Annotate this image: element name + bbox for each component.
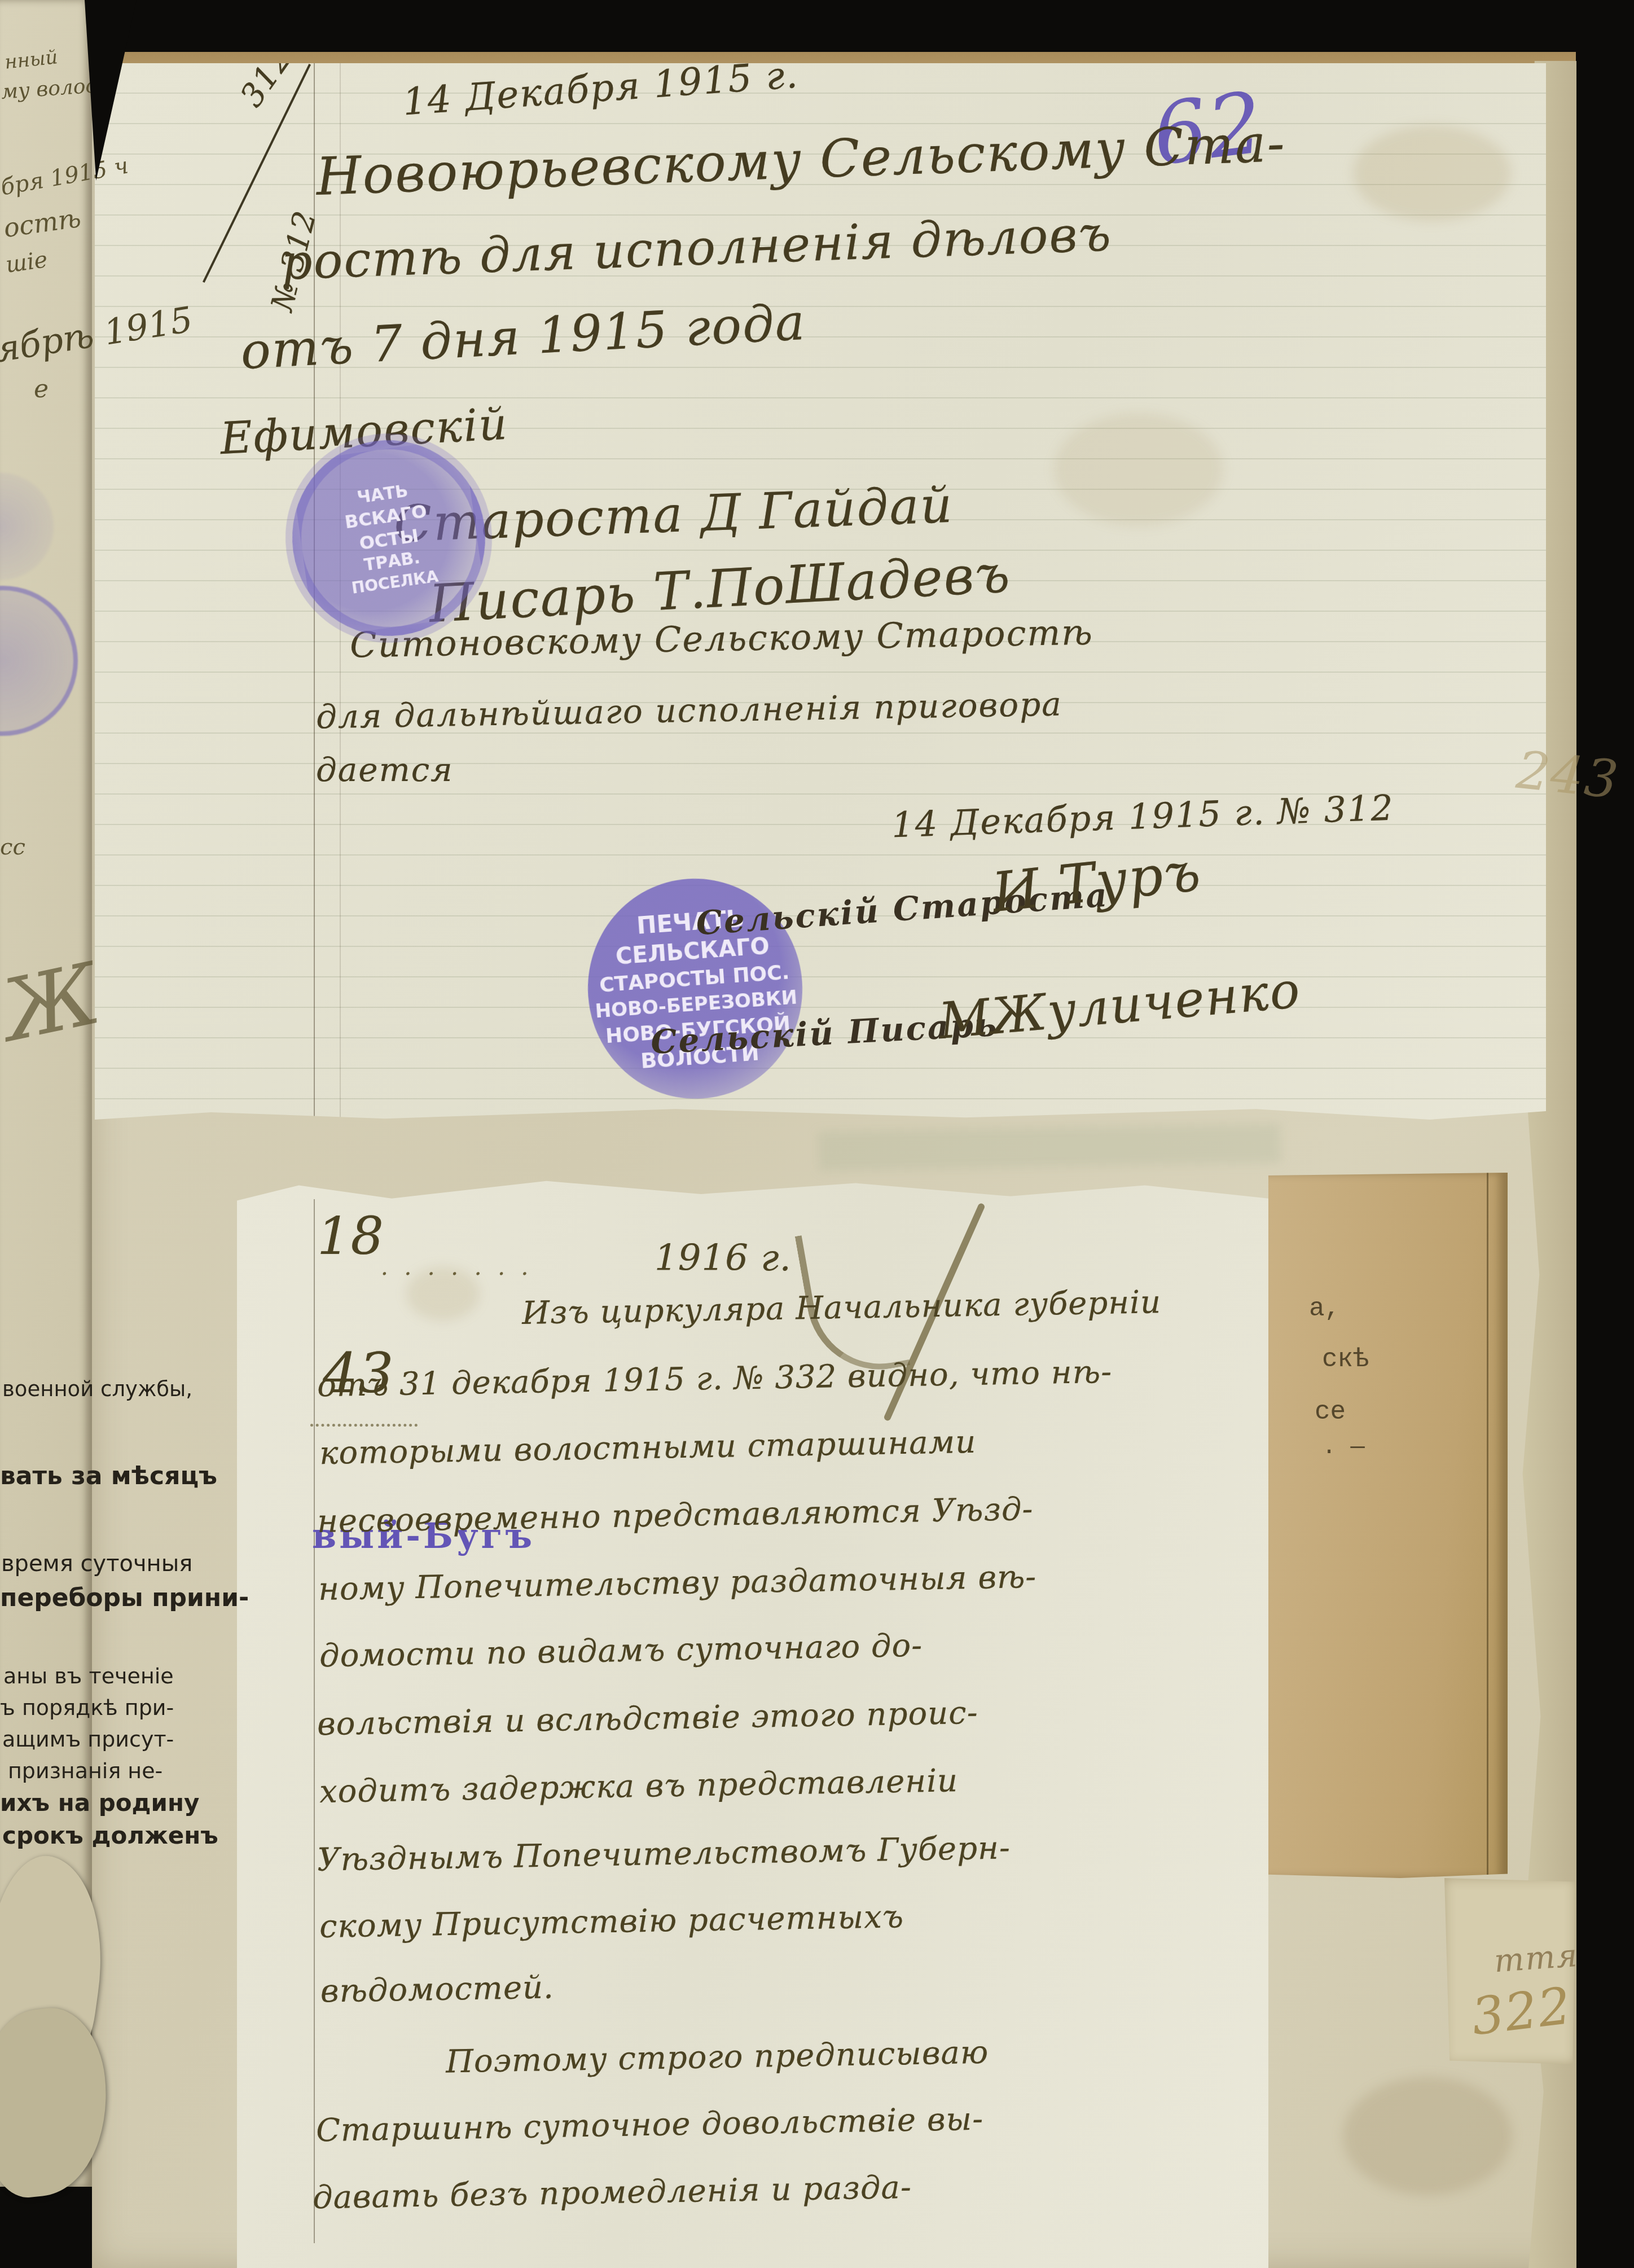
- left-hw-fragment: шіе: [4, 247, 49, 278]
- archival-scan-page: 14 Декабря 1915 г. 62 312 № 312 Новоюрье…: [0, 0, 1634, 2268]
- starosta-signature: И Туръ: [989, 840, 1204, 924]
- doc2-body-line: домости по видамъ суточнаго до-: [319, 1627, 923, 1675]
- left-printed-fragment: вать за мѣсяцъ: [0, 1462, 217, 1490]
- doc2-body-line: давать безъ промедленія и разда-: [313, 2169, 912, 2217]
- stamp-text-line: ПОСЕЛКА: [350, 567, 440, 598]
- typed-fragment: се: [1315, 1397, 1346, 1427]
- pisar-signature: МЖуличенко: [937, 960, 1303, 1050]
- left-printed-fragment: срокъ долженъ: [2, 1822, 218, 1849]
- doc2-body-line: Изъ циркуляра Начальника губерніи: [522, 1284, 1162, 1332]
- document-1915-lined-sheet: 14 Декабря 1915 г. 62 312 № 312 Новоюрье…: [95, 63, 1546, 1120]
- doc2-body-line: несвоевременно представляются Уѣзд-: [317, 1491, 1034, 1540]
- doc2-body-line: вольствія и вслѣдствіе этого проис-: [317, 1695, 979, 1743]
- left-hw-flourish: Ж: [0, 945, 108, 1060]
- brown-paper-strip: а, скѣ се . —: [1268, 1173, 1508, 1878]
- faint-edge-number: 243: [1514, 740, 1622, 810]
- left-hw-fragment: остѣ: [2, 203, 83, 244]
- typed-fragment: а,: [1309, 1294, 1340, 1323]
- doc1-resolution-line: дается: [316, 751, 454, 789]
- document-1916-circular-sheet: 18 . . . . . . . 1916 г. 43 вый-Бугъ Изъ…: [237, 1177, 1268, 2268]
- doc2-body-line: Уѣзднымъ Попечительствомъ Губерн-: [317, 1830, 1011, 1878]
- paper-stain: [1054, 413, 1223, 526]
- doc2-body-line: которыми волостными старшинами: [319, 1424, 977, 1472]
- typed-fragment: . —: [1322, 1433, 1365, 1460]
- edge-number: 322: [1468, 1976, 1575, 2047]
- paper-stain: [1353, 125, 1511, 221]
- doc2-day: 18: [317, 1206, 384, 1266]
- typed-fragment: скѣ: [1322, 1345, 1369, 1374]
- left-printed-fragment: признанія не-: [8, 1758, 162, 1783]
- doc2-body-line: ходитъ задержка въ представленіи: [319, 1762, 959, 1810]
- doc2-body-line: отъ 31 декабря 1915 г. № 332 видно, что …: [317, 1354, 1113, 1405]
- left-hw-fragment: нный: [3, 46, 59, 74]
- doc2-body-line: Поэтому строго предписываю: [446, 2034, 989, 2081]
- left-printed-fragment: ъ порядкѣ при-: [0, 1695, 174, 1720]
- doc2-year: 1916 г.: [655, 1238, 792, 1279]
- doc2-body-line: ному Попечительству раздаточныя вѣ-: [318, 1559, 1037, 1608]
- left-hw-fragment: сс: [0, 834, 25, 860]
- number-underline: [310, 1424, 418, 1427]
- left-hw-fragment: е: [34, 375, 49, 403]
- paper-stain: [1343, 2077, 1512, 2195]
- doc2-dotted-line: . . . . . . .: [381, 1254, 533, 1280]
- left-printed-fragment: ихъ на родину: [0, 1789, 199, 1817]
- left-printed-fragment: переборы прини-: [0, 1583, 249, 1612]
- doc1-line: отъ 7 дня 1915 года: [239, 293, 807, 380]
- doc2-body-line: вѣдомостей.: [320, 1969, 554, 2010]
- left-printed-fragment: время суточныя: [1, 1551, 192, 1577]
- doc2-body-line: скому Присутствію расчетныхъ: [319, 1898, 904, 1945]
- doc1-resolution-date: 14 Декабря 1915 г. № 312: [891, 787, 1395, 845]
- left-printed-fragment: военной службы,: [2, 1377, 192, 1401]
- left-stamp-partial: [0, 586, 78, 736]
- ink-offset-smudge: [818, 1124, 1281, 1171]
- doc2-body-line: Старшинѣ суточное довольствіе вы-: [316, 2101, 984, 2149]
- left-page-strip: нный му волост бря 1915 ч остѣ шіе ябрѣ …: [0, 0, 92, 2187]
- doc1-line: ростѣ для исполненія дѣловъ: [280, 205, 1113, 291]
- doc1-line: Новоюрьевскому Сельскому Ста-: [315, 113, 1287, 207]
- strip-edge-line: [1487, 1173, 1488, 1878]
- fold-crease-line: [314, 1199, 315, 2243]
- doc1-top-date: 14 Декабря 1915 г.: [401, 53, 800, 124]
- left-printed-fragment: аны въ теченіе: [3, 1664, 174, 1688]
- doc1-resolution-line: для дальнѣйшаго исполненія приговора: [316, 685, 1063, 736]
- left-printed-fragment: ащимъ присут-: [2, 1727, 174, 1752]
- left-stamp-faint: [0, 473, 54, 580]
- edge-mark: ття: [1493, 1937, 1579, 1980]
